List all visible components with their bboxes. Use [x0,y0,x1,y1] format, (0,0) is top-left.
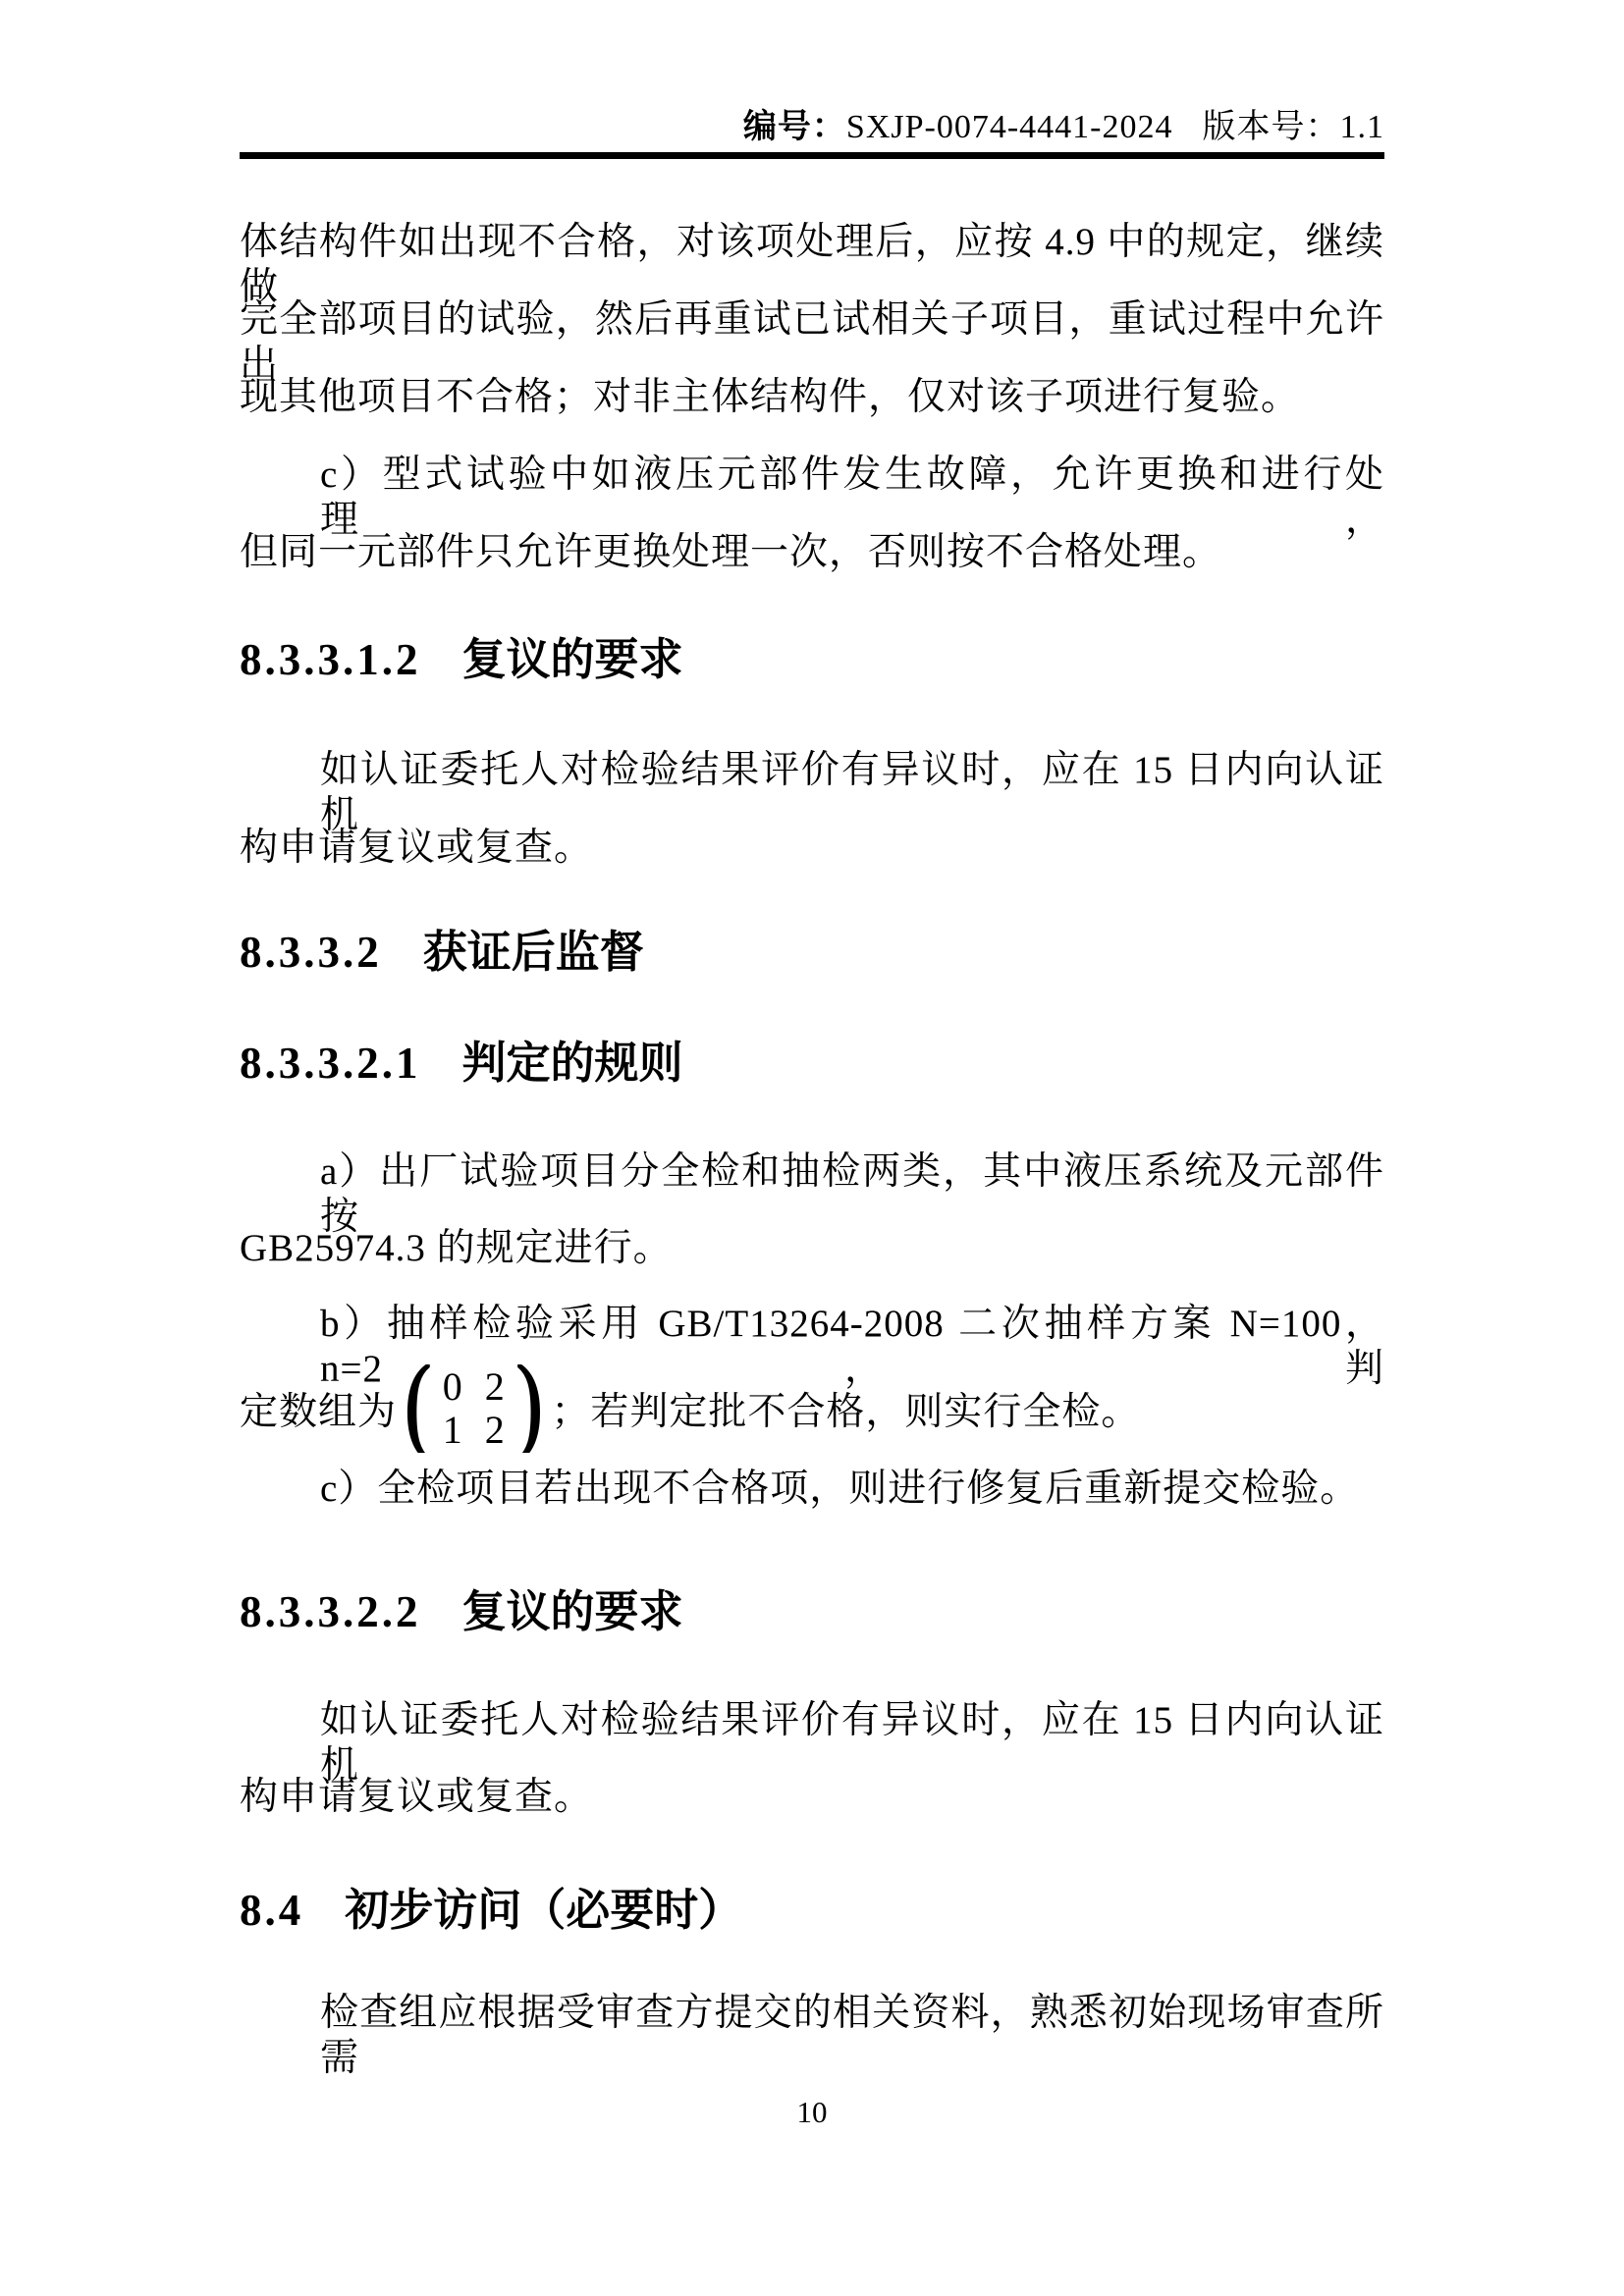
matrix-right-paren: ) [511,1364,548,1453]
heading-title: 初步访问（必要时） [345,1884,742,1936]
document-header: 编号：SXJP-0074-4441-2024版本号：1.1 [240,106,1384,149]
section-heading-8-3-3-2-2: 8.3.3.2.2复议的要求 [240,1586,1384,1637]
section-heading-8-4: 8.4初步访问（必要时） [240,1885,1384,1936]
version-value: 1.1 [1340,109,1385,145]
paragraph-line: 构申请复议或复查。 [240,1775,1384,1820]
doc-number-label: 编号： [743,109,846,145]
matrix-prefix-text: 定数组为 [240,1381,397,1436]
doc-number-value: SXJP-0074-4441-2024 [846,109,1173,145]
heading-number: 8.3.3.2 [240,928,382,977]
heading-title: 判定的规则 [462,1037,683,1089]
matrix-cell-r2c2: 2 [485,1410,506,1451]
acceptance-matrix: 0212 [443,1366,506,1451]
heading-title: 复议的要求 [462,1585,683,1637]
paragraph-line: 构申请复议或复查。 [240,826,1384,871]
document-page: 编号：SXJP-0074-4441-2024版本号：1.1 体结构件如出现不合格… [0,0,1624,2296]
section-heading-8-3-3-2: 8.3.3.2获证后监督 [240,927,1384,978]
matrix-cell-r2c1: 1 [443,1410,463,1451]
header-rule [240,152,1384,159]
heading-number: 8.4 [240,1886,303,1935]
page-number: 10 [240,2095,1384,2130]
heading-title: 获证后监督 [423,926,644,978]
heading-title: 复议的要求 [462,633,683,685]
matrix-suffix-text: ；若判定批不合格，则实行全检。 [551,1381,1140,1436]
paragraph-line: 现其他项目不合格；对非主体结构件，仅对该子项进行复验。 [240,375,1384,420]
section-heading-8-3-3-1-2: 8.3.3.1.2复议的要求 [240,634,1384,685]
paragraph-line: c）全检项目若出现不合格项，则进行修复后重新提交检验。 [240,1467,1384,1512]
paragraph-line: GB25974.3 的规定进行。 [240,1226,1384,1271]
section-heading-8-3-3-2-1: 8.3.3.2.1判定的规则 [240,1038,1384,1089]
paragraph-line: 检查组应根据受审查方提交的相关资料，熟悉初始现场审查所需 [240,1991,1384,2081]
matrix-left-paren: ( [400,1364,437,1453]
heading-number: 8.3.3.2.2 [240,1587,421,1636]
heading-number: 8.3.3.2.1 [240,1039,421,1088]
heading-number: 8.3.3.1.2 [240,635,421,684]
matrix-cell-r1c2: 2 [485,1366,506,1408]
matrix-sentence-line: 定数组为(0212)；若判定批不合格，则实行全检。 [240,1364,1384,1453]
version-label: 版本号： [1203,109,1340,145]
matrix-cell-r1c1: 0 [443,1366,463,1408]
paragraph-line: 但同一元部件只允许更换处理一次，否则按不合格处理。 [240,530,1384,575]
